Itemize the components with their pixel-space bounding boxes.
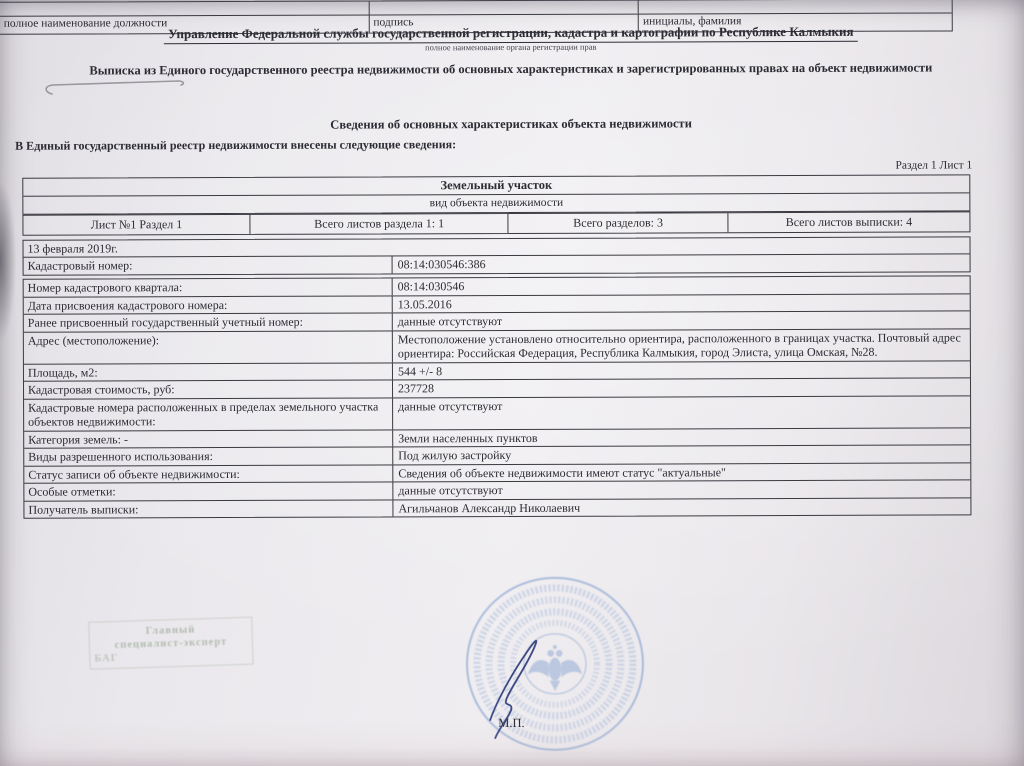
row-label: Дата присвоения кадастрового номера:	[24, 296, 393, 314]
row-value: данные отсутствуют	[393, 396, 970, 429]
row-label: Категория земель: -	[24, 430, 393, 448]
object-type-caption: вид объекта недвижимости	[23, 193, 969, 213]
sheet-info-table: Лист №1 Раздел 1 Всего листов раздела 1:…	[22, 211, 970, 235]
object-type-box: Земельный участок вид объекта недвижимос…	[22, 174, 970, 214]
row-label: Номер кадастрового квартала:	[24, 278, 393, 296]
row-value: 08:14:030546:386	[393, 254, 970, 273]
row-label: Получатель выписки:	[24, 500, 393, 518]
row-value: 13.05.2016	[393, 294, 970, 313]
row-value: 08:14:030546	[393, 276, 970, 295]
row-label: Статус записи об объекте недвижимости:	[24, 465, 393, 483]
doc-title: Выписка из Единого государственного реес…	[0, 60, 1023, 79]
row-value: Сведения об объекте недвижимости имеют с…	[393, 463, 970, 482]
row-value: 237728	[393, 378, 970, 397]
row-value: данные отсутствуют	[393, 311, 970, 330]
sheet-info-cell: Всего листов выписки: 4	[728, 212, 969, 232]
main-table: Номер кадастрового квартала: 08:14:03054…	[23, 275, 972, 518]
sheet-info-cell: Лист №1 Раздел 1	[23, 215, 250, 235]
page-ref: Раздел 1 Лист 1	[895, 159, 972, 171]
sheet-info-cell: Всего разделов: 3	[509, 213, 729, 233]
row-label: Адрес (местоположение):	[24, 331, 393, 363]
row-label: Особые отметки:	[24, 482, 393, 500]
row-value: Агильчанов Александр Николаевич	[393, 498, 970, 517]
row-label: Кадастровая стоимость, руб:	[24, 380, 393, 398]
table-row: Получатель выписки: Агильчанов Александр…	[24, 498, 970, 518]
row-label: Виды разрешенного использования:	[24, 447, 393, 465]
row-value: Земли населенных пунктов	[393, 428, 970, 447]
row-value: данные отсутствуют	[393, 480, 970, 499]
row-label: Кадастровый номер:	[24, 256, 393, 274]
sheet-info-cell: Всего листов раздела 1: 1	[251, 214, 509, 234]
row-value: Под жилую застройку	[393, 445, 970, 464]
section-title: Сведения об основных характеристиках объ…	[0, 115, 1023, 134]
org-name-caption: полное наименование органа регистрации п…	[0, 40, 1023, 54]
inspector-stamp: Главный специалист-эксперт БАГ	[88, 617, 253, 670]
scanned-document-photo: Управление Федеральной службы государств…	[0, 0, 1024, 766]
row-value: Местоположение установлено относительно …	[393, 329, 970, 362]
row-label: Ранее присвоенный государственный учетны…	[24, 313, 393, 331]
signature	[469, 598, 560, 750]
row-label: Площадь, м2:	[24, 363, 393, 381]
intro-line: В Единый государственный реестр недвижим…	[15, 137, 456, 154]
row-label: Кадастровые номера расположенных в преде…	[24, 398, 393, 430]
date-cadnum-table: 13 февраля 2019г. Кадастровый номер: 08:…	[22, 236, 970, 275]
table-row: Адрес (местоположение): Местоположение у…	[24, 329, 970, 364]
document-sheet: Управление Федеральной службы государств…	[0, 0, 1024, 766]
table-row: Кадастровые номера расположенных в преде…	[24, 396, 970, 431]
row-value: 544 +/- 8	[393, 361, 970, 380]
